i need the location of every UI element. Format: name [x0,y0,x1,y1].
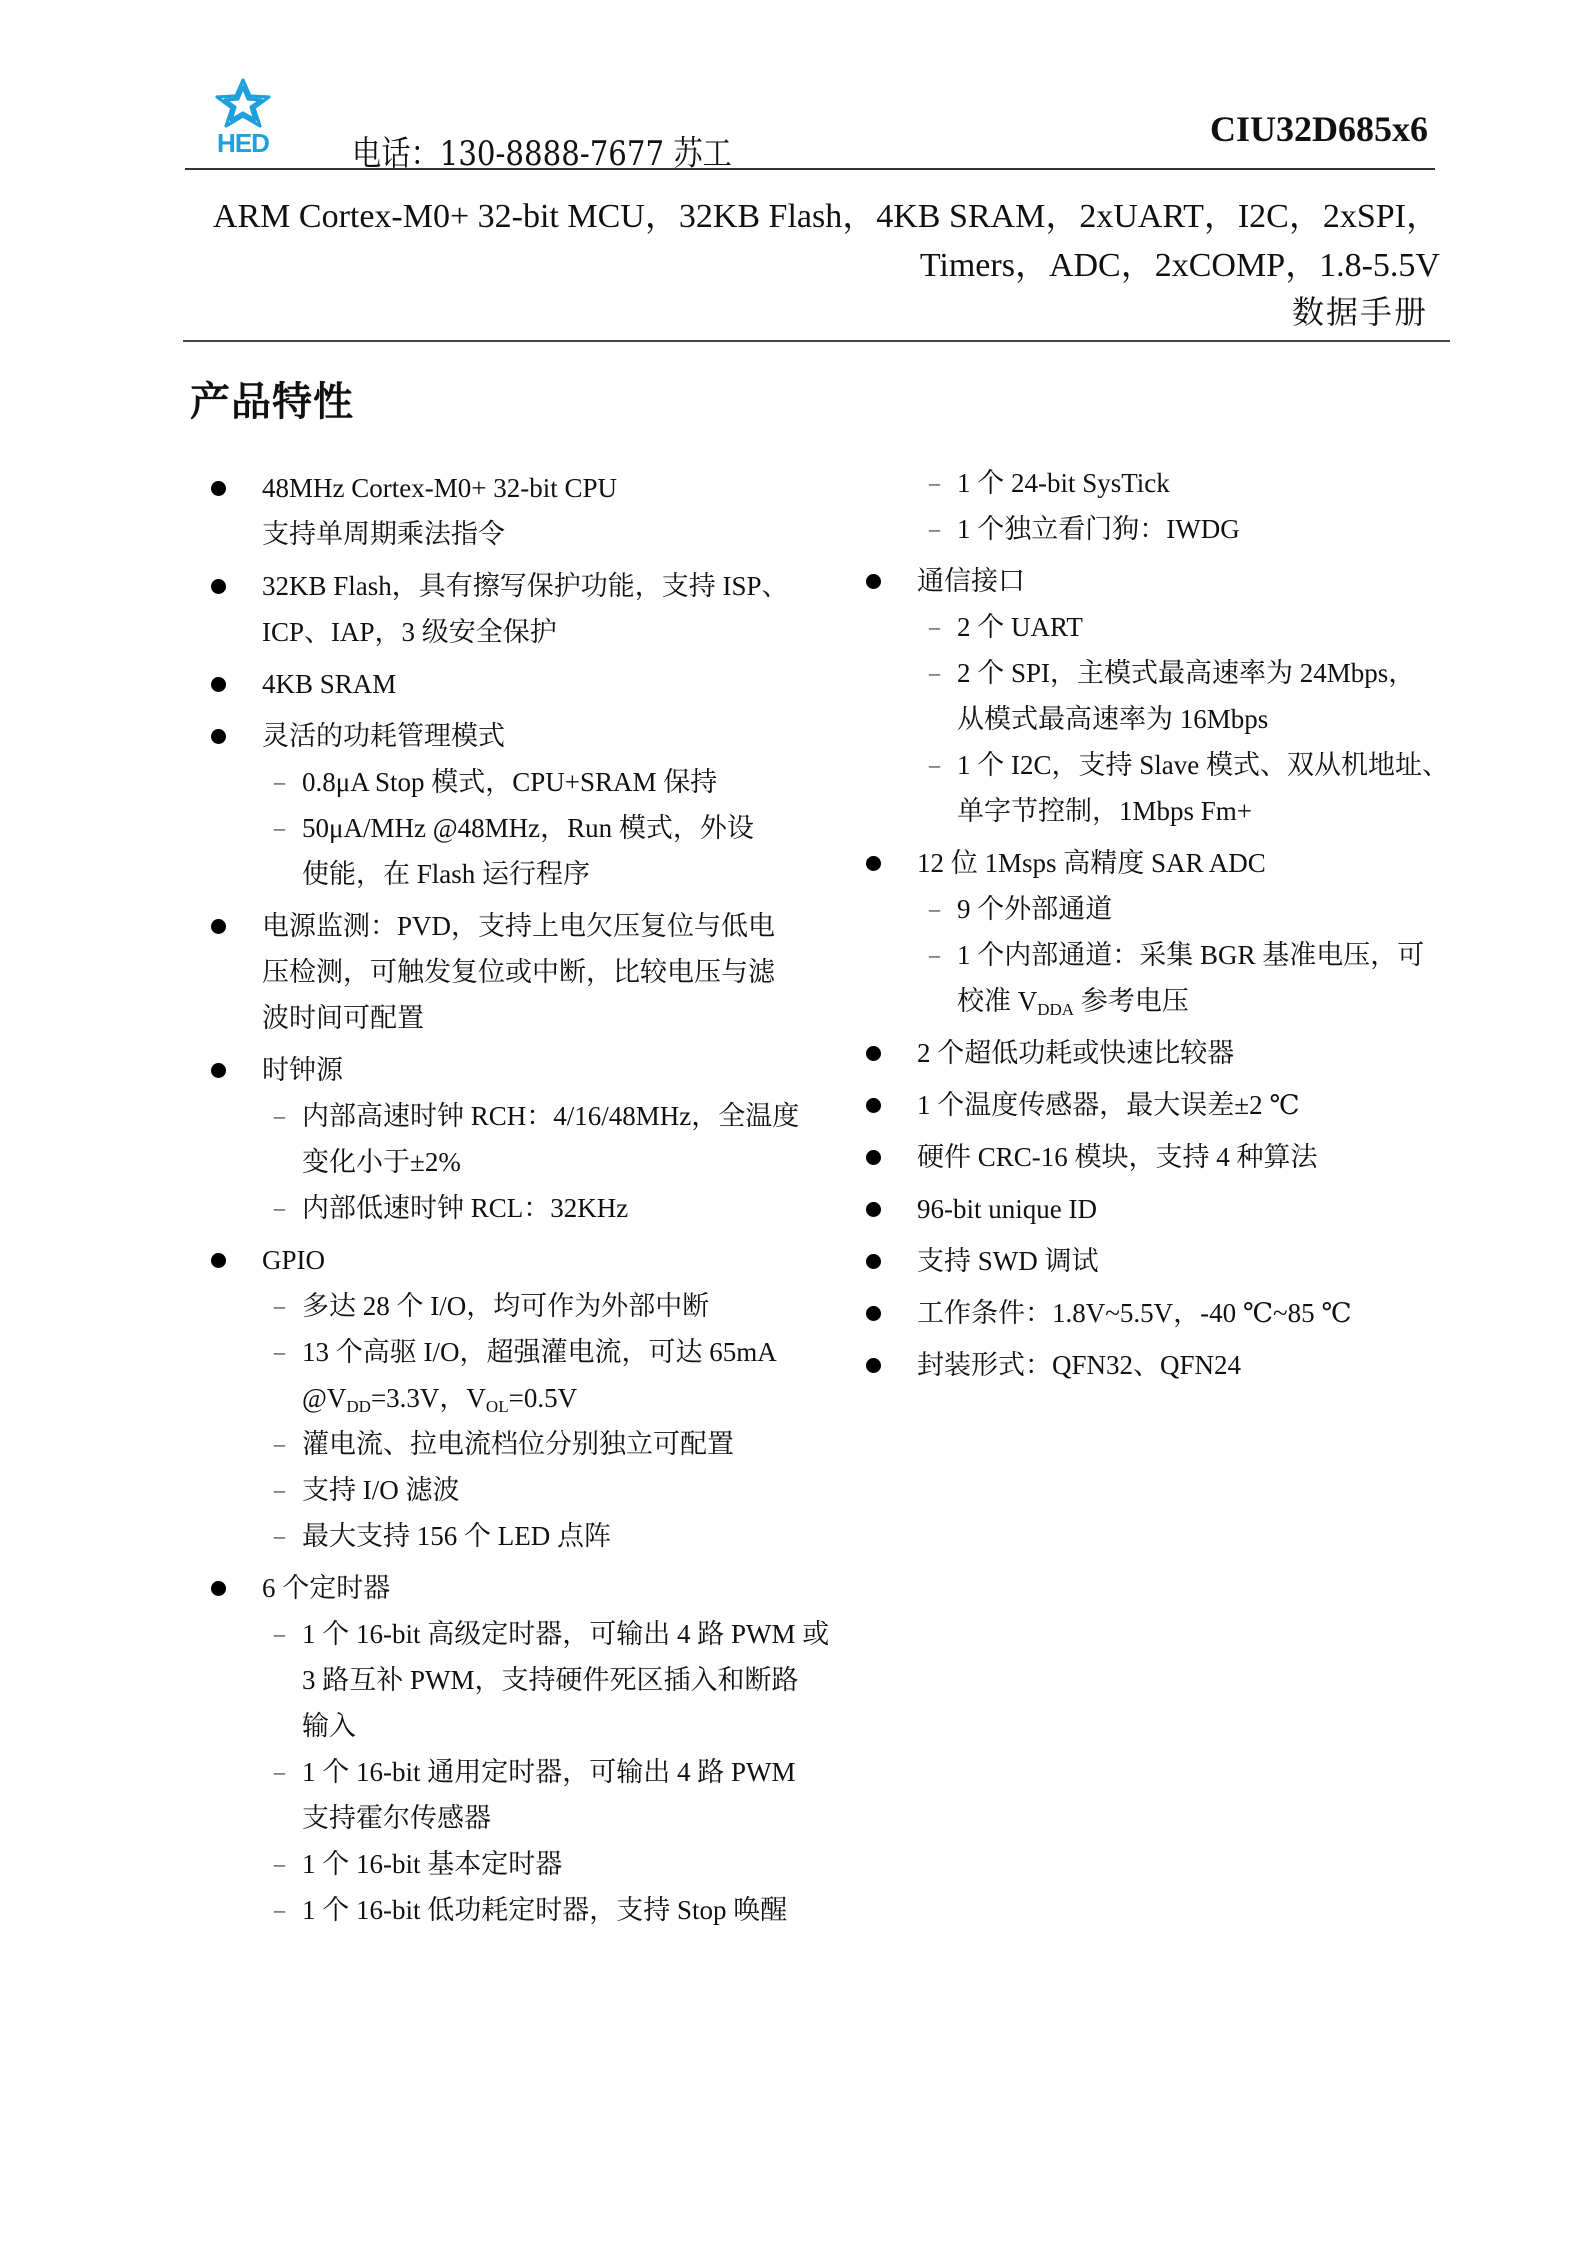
feature-continuation: 使能，在 Flash 运行程序 [200,851,840,897]
feature-continuation: 支持霍尔传感器 [200,1795,840,1841]
feature-text: 波时间可配置 [262,995,424,1041]
feature-text: 1 个 16-bit 低功耗定时器，支持 Stop 唤醒 [302,1887,787,1933]
feature-continuation: 波时间可配置 [200,995,840,1041]
logo-text: HED [207,128,279,159]
feature-continuation: 输入 [200,1703,840,1749]
feature-text: 硬件 CRC-16 模块，支持 4 种算法 [917,1134,1318,1180]
feature-text: 3 路互补 PWM，支持硬件死区插入和断路 [302,1657,799,1703]
bullet-icon [211,729,226,744]
dash-icon: – [274,1513,285,1559]
feature-text: 50μA/MHz @48MHz，Run 模式，外设 [302,805,754,851]
feature-text: 工作条件：1.8V~5.5V，-40 ℃~85 ℃ [917,1290,1352,1336]
feature-text: 13 个高驱 I/O，超强灌电流，可达 65mA [302,1329,777,1375]
feature-subitem: –内部低速时钟 RCL：32KHz [200,1185,840,1231]
feature-text: 灵活的功耗管理模式 [262,713,505,759]
feature-item: 电源监测：PVD，支持上电欠压复位与低电 [200,903,840,949]
feature-item: 48MHz Cortex-M0+ 32-bit CPU [200,465,840,511]
feature-continuation: 变化小于±2% [200,1139,840,1185]
feature-text: 2 个 UART [957,604,1083,650]
feature-subitem: –1 个独立看门狗：IWDG [855,506,1455,552]
bullet-icon [866,1098,881,1113]
feature-text: @VDD=3.3V，VOL=0.5V [302,1375,577,1421]
feature-item: GPIO [200,1237,840,1283]
header-divider-top [185,168,1435,170]
feature-subitem: –内部高速时钟 RCH：4/16/48MHz，全温度 [200,1093,840,1139]
company-logo: HED [207,76,279,158]
feature-continuation: 从模式最高速率为 16Mbps [855,696,1455,742]
feature-text: 支持 I/O 滤波 [302,1467,460,1513]
feature-item: 工作条件：1.8V~5.5V，-40 ℃~85 ℃ [855,1290,1455,1336]
feature-item: 6 个定时器 [200,1565,840,1611]
feature-subitem: –1 个内部通道：采集 BGR 基准电压，可 [855,932,1455,978]
feature-text: GPIO [262,1237,325,1283]
feature-text: 1 个温度传感器，最大误差±2 ℃ [917,1082,1300,1128]
feature-text: 1 个 24-bit SysTick [957,460,1170,506]
feature-text: 支持单周期乘法指令 [262,511,505,557]
feature-subitem: –13 个高驱 I/O，超强灌电流，可达 65mA [200,1329,840,1375]
feature-text: 灌电流、拉电流档位分别独立可配置 [302,1421,734,1467]
bullet-icon [211,677,226,692]
bullet-icon [866,574,881,589]
feature-item: 96-bit unique ID [855,1186,1455,1232]
bullet-icon [211,1253,226,1268]
dash-icon: – [274,805,285,851]
feature-text: 2 个超低功耗或快速比较器 [917,1030,1234,1076]
feature-text: 48MHz Cortex-M0+ 32-bit CPU [262,465,617,511]
part-number: CIU32D685x6 [1210,108,1428,150]
feature-subitem: –9 个外部通道 [855,886,1455,932]
dash-icon: – [274,1467,285,1513]
feature-text: 1 个 I2C，支持 Slave 模式、双从机地址、 [957,742,1449,788]
feature-item: 32KB Flash，具有擦写保护功能，支持 ISP、 [200,563,840,609]
feature-text: 变化小于±2% [302,1139,461,1185]
dash-icon: – [274,1185,285,1231]
feature-subitem: –1 个 24-bit SysTick [855,460,1455,506]
feature-text: 内部高速时钟 RCH：4/16/48MHz，全温度 [302,1093,799,1139]
bullet-icon [866,1306,881,1321]
dash-icon: – [929,506,940,552]
feature-subitem: –最大支持 156 个 LED 点阵 [200,1513,840,1559]
feature-text: 1 个独立看门狗：IWDG [957,506,1240,552]
feature-item: 12 位 1Msps 高精度 SAR ADC [855,840,1455,886]
feature-text: 支持霍尔传感器 [302,1795,491,1841]
feature-continuation: 单字节控制，1Mbps Fm+ [855,788,1455,834]
feature-text: 12 位 1Msps 高精度 SAR ADC [917,840,1266,886]
features-right-column: –1 个 24-bit SysTick–1 个独立看门狗：IWDG通信接口–2 … [855,460,1455,1388]
bullet-icon [866,1046,881,1061]
dash-icon: – [274,1841,285,1887]
feature-item: 灵活的功耗管理模式 [200,713,840,759]
feature-text: 压检测，可触发复位或中断，比较电压与滤 [262,949,775,995]
feature-text: 1 个内部通道：采集 BGR 基准电压，可 [957,932,1424,978]
dash-icon: – [274,1421,285,1467]
bullet-icon [211,1581,226,1596]
dash-icon: – [274,1749,285,1795]
feature-item: 封装形式：QFN32、QFN24 [855,1342,1455,1388]
dash-icon: – [274,1611,285,1657]
feature-text: 4KB SRAM [262,661,396,707]
feature-subitem: –1 个 I2C，支持 Slave 模式、双从机地址、 [855,742,1455,788]
dash-icon: – [929,650,940,696]
dash-icon: – [929,460,940,506]
feature-subitem: –1 个 16-bit 高级定时器，可输出 4 路 PWM 或 [200,1611,840,1657]
dash-icon: – [274,1093,285,1139]
feature-item: 2 个超低功耗或快速比较器 [855,1030,1455,1076]
feature-continuation: 支持单周期乘法指令 [200,511,840,557]
feature-text: 时钟源 [262,1047,343,1093]
feature-text: 使能，在 Flash 运行程序 [302,851,590,897]
feature-subitem: –支持 I/O 滤波 [200,1467,840,1513]
feature-text: 支持 SWD 调试 [917,1238,1099,1284]
hed-star-logo-icon [207,76,279,132]
feature-subitem: –1 个 16-bit 低功耗定时器，支持 Stop 唤醒 [200,1887,840,1933]
bullet-icon [866,1150,881,1165]
bullet-icon [211,1063,226,1078]
dash-icon: – [274,759,285,805]
feature-text: 0.8μA Stop 模式，CPU+SRAM 保持 [302,759,717,805]
feature-text: 校准 VDDA 参考电压 [957,978,1189,1024]
header-divider-bottom [183,340,1450,342]
feature-text: 输入 [302,1703,356,1749]
feature-subitem: –0.8μA Stop 模式，CPU+SRAM 保持 [200,759,840,805]
bullet-icon [866,856,881,871]
feature-text: 通信接口 [917,558,1025,604]
feature-text: 32KB Flash，具有擦写保护功能，支持 ISP、 [262,563,789,609]
feature-continuation: 压检测，可触发复位或中断，比较电压与滤 [200,949,840,995]
feature-text: 最大支持 156 个 LED 点阵 [302,1513,611,1559]
feature-text: 电源监测：PVD，支持上电欠压复位与低电 [262,903,775,949]
feature-subitem: –1 个 16-bit 通用定时器，可输出 4 路 PWM [200,1749,840,1795]
feature-continuation: 3 路互补 PWM，支持硬件死区插入和断路 [200,1657,840,1703]
feature-continuation: 校准 VDDA 参考电压 [855,978,1455,1024]
features-left-column: 48MHz Cortex-M0+ 32-bit CPU支持单周期乘法指令32KB… [200,465,840,1933]
feature-text: 多达 28 个 I/O，均可作为外部中断 [302,1283,709,1329]
feature-item: 支持 SWD 调试 [855,1238,1455,1284]
feature-item: 硬件 CRC-16 模块，支持 4 种算法 [855,1134,1455,1180]
feature-item: 时钟源 [200,1047,840,1093]
feature-item: 1 个温度传感器，最大误差±2 ℃ [855,1082,1455,1128]
document-type: 数据手册 [1292,288,1428,337]
dash-icon: – [929,742,940,788]
bullet-icon [211,579,226,594]
dash-icon: – [274,1283,285,1329]
feature-text: 从模式最高速率为 16Mbps [957,696,1268,742]
subtitle-line-1: ARM Cortex-M0+ 32-bit MCU，32KB Flash，4KB… [213,192,1440,241]
feature-subitem: –2 个 SPI，主模式最高速率为 24Mbps， [855,650,1455,696]
bullet-icon [866,1202,881,1217]
feature-text: 1 个 16-bit 基本定时器 [302,1841,562,1887]
bullet-icon [211,481,226,496]
dash-icon: – [929,886,940,932]
feature-continuation: ICP、IAP，3 级安全保护 [200,609,840,655]
feature-text: 6 个定时器 [262,1565,390,1611]
feature-text: 单字节控制，1Mbps Fm+ [957,788,1252,834]
feature-subitem: –50μA/MHz @48MHz，Run 模式，外设 [200,805,840,851]
dash-icon: – [274,1329,285,1375]
feature-subitem: –多达 28 个 I/O，均可作为外部中断 [200,1283,840,1329]
feature-text: ICP、IAP，3 级安全保护 [262,609,557,655]
feature-text: 1 个 16-bit 通用定时器，可输出 4 路 PWM [302,1749,796,1795]
feature-item: 通信接口 [855,558,1455,604]
feature-subitem: –1 个 16-bit 基本定时器 [200,1841,840,1887]
feature-text: 96-bit unique ID [917,1186,1097,1232]
feature-text: 封装形式：QFN32、QFN24 [917,1342,1241,1388]
feature-item: 4KB SRAM [200,661,840,707]
bullet-icon [866,1254,881,1269]
feature-subitem: –2 个 UART [855,604,1455,650]
dash-icon: – [929,604,940,650]
bullet-icon [211,919,226,934]
feature-text: 2 个 SPI，主模式最高速率为 24Mbps， [957,650,1415,696]
feature-text: 1 个 16-bit 高级定时器，可输出 4 路 PWM 或 [302,1611,829,1657]
feature-subitem: –灌电流、拉电流档位分别独立可配置 [200,1421,840,1467]
dash-icon: – [274,1887,285,1933]
feature-text: 9 个外部通道 [957,886,1112,932]
bullet-icon [866,1358,881,1373]
section-title: 产品特性 [190,370,354,427]
subtitle-line-2: Timers，ADC，2xCOMP，1.8-5.5V [920,241,1440,290]
dash-icon: – [929,932,940,978]
feature-text: 内部低速时钟 RCL：32KHz [302,1185,628,1231]
feature-continuation: @VDD=3.3V，VOL=0.5V [200,1375,840,1421]
